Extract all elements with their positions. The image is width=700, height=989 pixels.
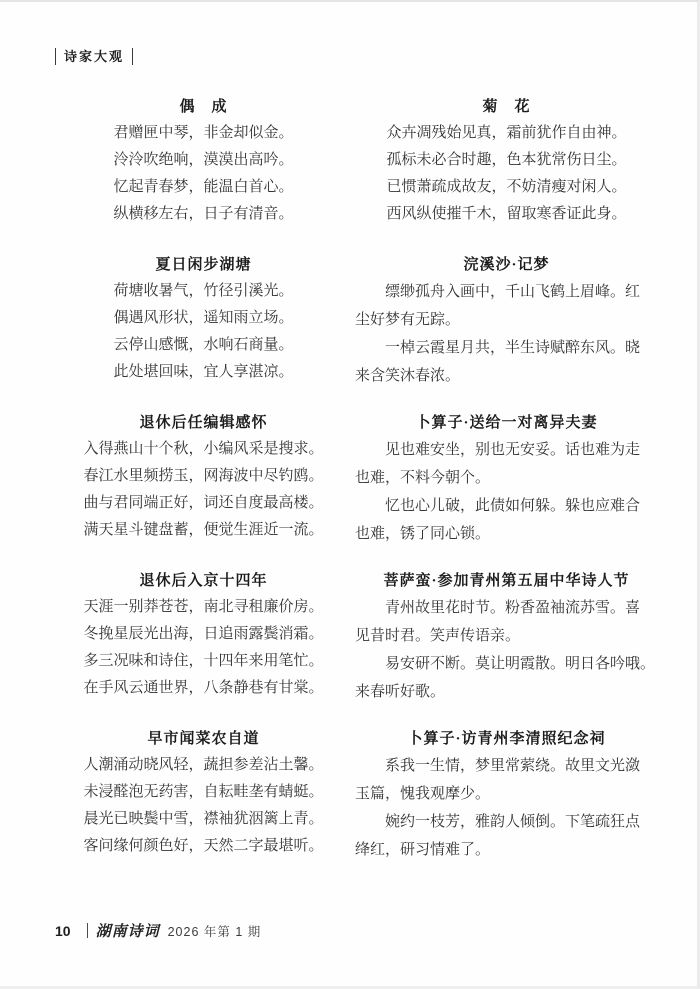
poem-title: 早市闻菜农自道 [62,726,345,752]
page-header: 诗家大观 [55,48,133,66]
page-number: 10 [55,923,71,939]
poem-block: 浣溪沙·记梦缥缈孤舟入画中，千山飞鹤上眉峰。红尘好梦有无踪。一棹云霞星月共，半生… [355,252,658,410]
poem-line: 晨光已映鬓中雪，襟袖犹洇篱上青。 [62,806,345,833]
poem-line: 缥缈孤舟入画中，千山飞鹤上眉峰。红 [355,278,658,306]
poem-line: 多三况味和诗住，十四年来用笔忙。 [62,648,345,675]
poem-line: 君赠匣中琴，非金却似金。 [62,120,345,147]
poem-line: 青州故里花时节。粉香盈袖流苏雪。喜 [355,594,658,622]
poem-line: 见昔时君。笑声传语亲。 [355,622,658,650]
poem-line: 见也难安坐，别也无安妥。话也难为走 [355,436,658,464]
poem-line: 忆起青春梦，能温白首心。 [62,174,345,201]
poem-line: 此处堪回味，宜人享湛凉。 [62,359,345,386]
poem-line: 来春听好歌。 [355,678,658,706]
poem-block: 夏日闲步湖塘荷塘收暑气，竹径引溪光。偶遇风形状，遥知雨立场。云停山感慨，水响石商… [62,252,345,410]
poem-line: 在手风云通世界，八条静巷有甘棠。 [62,675,345,702]
poem-block: 卜算子·送给一对离异夫妻见也难安坐，别也无安妥。话也难为走也难，不料今朝个。忆也… [355,410,658,568]
poem-line: 婉约一枝芳，雅韵人倾倒。下笔疏狂点 [355,808,658,836]
poem-line: 春江水里频捞玉，网海波中尽钓鸥。 [62,463,345,490]
poem-line: 未浸醛泡无药害，自耘畦垄有蜻蜓。 [62,779,345,806]
poem-line: 孤标未必合时趣，色本犹常伤日尘。 [355,147,658,174]
poem-line: 荷塘收暑气，竹径引溪光。 [62,278,345,305]
poem-title: 浣溪沙·记梦 [355,252,658,278]
poem-title: 卜算子·访青州李清照纪念祠 [355,726,658,752]
poem-line: 人潮涌动晓风轻，蔬担参差沾土馨。 [62,752,345,779]
poem-title: 菊 花 [355,94,658,120]
poem-line: 纵横移左右，日子有清音。 [62,201,345,228]
poem-block: 偶 成君赠匣中琴，非金却似金。泠泠吹绝响，漠漠出高吟。忆起青春梦，能温白首心。纵… [62,94,345,252]
poem-line: 冬挽星辰光出海，日追雨露鬓消霜。 [62,621,345,648]
poem-title: 夏日闲步湖塘 [62,252,345,278]
poem-block: 菊 花众卉凋残始见真，霜前犹作自由神。孤标未必合时趣，色本犹常伤日尘。已惯萧疏成… [355,94,658,252]
poem-title: 退休后任编辑感怀 [62,410,345,436]
poem-line: 西风纵使摧千木，留取寒香证此身。 [355,201,658,228]
poem-line: 天涯一别莽苍苍，南北寻租廉价房。 [62,594,345,621]
poem-line: 绛红，研习情难了。 [355,836,658,864]
poem-line: 尘好梦有无踪。 [355,306,658,334]
poem-line: 客问缘何颜色好，天然二字最堪听。 [62,833,345,860]
poem-line: 入得燕山十个秋，小编风采是搜求。 [62,436,345,463]
footer-divider [87,923,88,938]
issue-label: 2026 年第 1 期 [168,922,262,940]
poem-line: 曲与君同端正好，词还自度最高楼。 [62,490,345,517]
poem-line: 也难，锈了同心锁。 [355,520,658,548]
poem-line: 满天星斗键盘蓄，便觉生涯近一流。 [62,517,345,544]
poem-line: 众卉凋残始见真，霜前犹作自由神。 [355,120,658,147]
magazine-page: 诗家大观 偶 成君赠匣中琴，非金却似金。泠泠吹绝响，漠漠出高吟。忆起青春梦，能温… [0,0,700,989]
poem-line: 泠泠吹绝响，漠漠出高吟。 [62,147,345,174]
poem-block: 退休后入京十四年天涯一别莽苍苍，南北寻租廉价房。冬挽星辰光出海，日追雨露鬓消霜。… [62,568,345,726]
poem-block: 早市闻菜农自道人潮涌动晓风轻，蔬担参差沾土馨。未浸醛泡无药害，自耘畦垄有蜻蜓。晨… [62,726,345,884]
poem-block: 卜算子·访青州李清照纪念祠系我一生情，梦里常萦绕。故里文光潋玉篇，愧我观摩少。婉… [355,726,658,884]
poem-title: 退休后入京十四年 [62,568,345,594]
poem-title: 卜算子·送给一对离异夫妻 [355,410,658,436]
poem-title: 偶 成 [62,94,345,120]
poem-line: 系我一生情，梦里常萦绕。故里文光潋 [355,752,658,780]
poem-block: 退休后任编辑感怀入得燕山十个秋，小编风采是搜求。春江水里频捞玉，网海波中尽钓鸥。… [62,410,345,568]
poem-line: 云停山感慨，水响石商量。 [62,332,345,359]
section-title: 诗家大观 [55,48,133,65]
poem-line: 偶遇风形状，遥知雨立场。 [62,305,345,332]
poem-line: 也难，不料今朝个。 [355,464,658,492]
page-footer: 10 湖南诗词 2026 年第 1 期 [55,920,261,941]
poem-block: 菩萨蛮·参加青州第五届中华诗人节青州故里花时节。粉香盈袖流苏雪。喜见昔时君。笑声… [355,568,658,726]
poem-line: 忆也心儿破，此债如何躲。躲也应难合 [355,492,658,520]
poem-line: 一棹云霞星月共，半生诗赋醉东风。晓 [355,334,658,362]
poems-grid: 偶 成君赠匣中琴，非金却似金。泠泠吹绝响，漠漠出高吟。忆起青春梦，能温白首心。纵… [62,94,658,884]
poem-line: 已惯萧疏成故友，不妨清瘦对闲人。 [355,174,658,201]
poem-line: 玉篇，愧我观摩少。 [355,780,658,808]
poem-line: 来含笑沐春浓。 [355,362,658,390]
poem-line: 易安研不断。莫让明霞散。明日各吟哦。 [355,650,658,678]
poem-title: 菩萨蛮·参加青州第五届中华诗人节 [355,568,658,594]
journal-name: 湖南诗词 [96,920,160,941]
